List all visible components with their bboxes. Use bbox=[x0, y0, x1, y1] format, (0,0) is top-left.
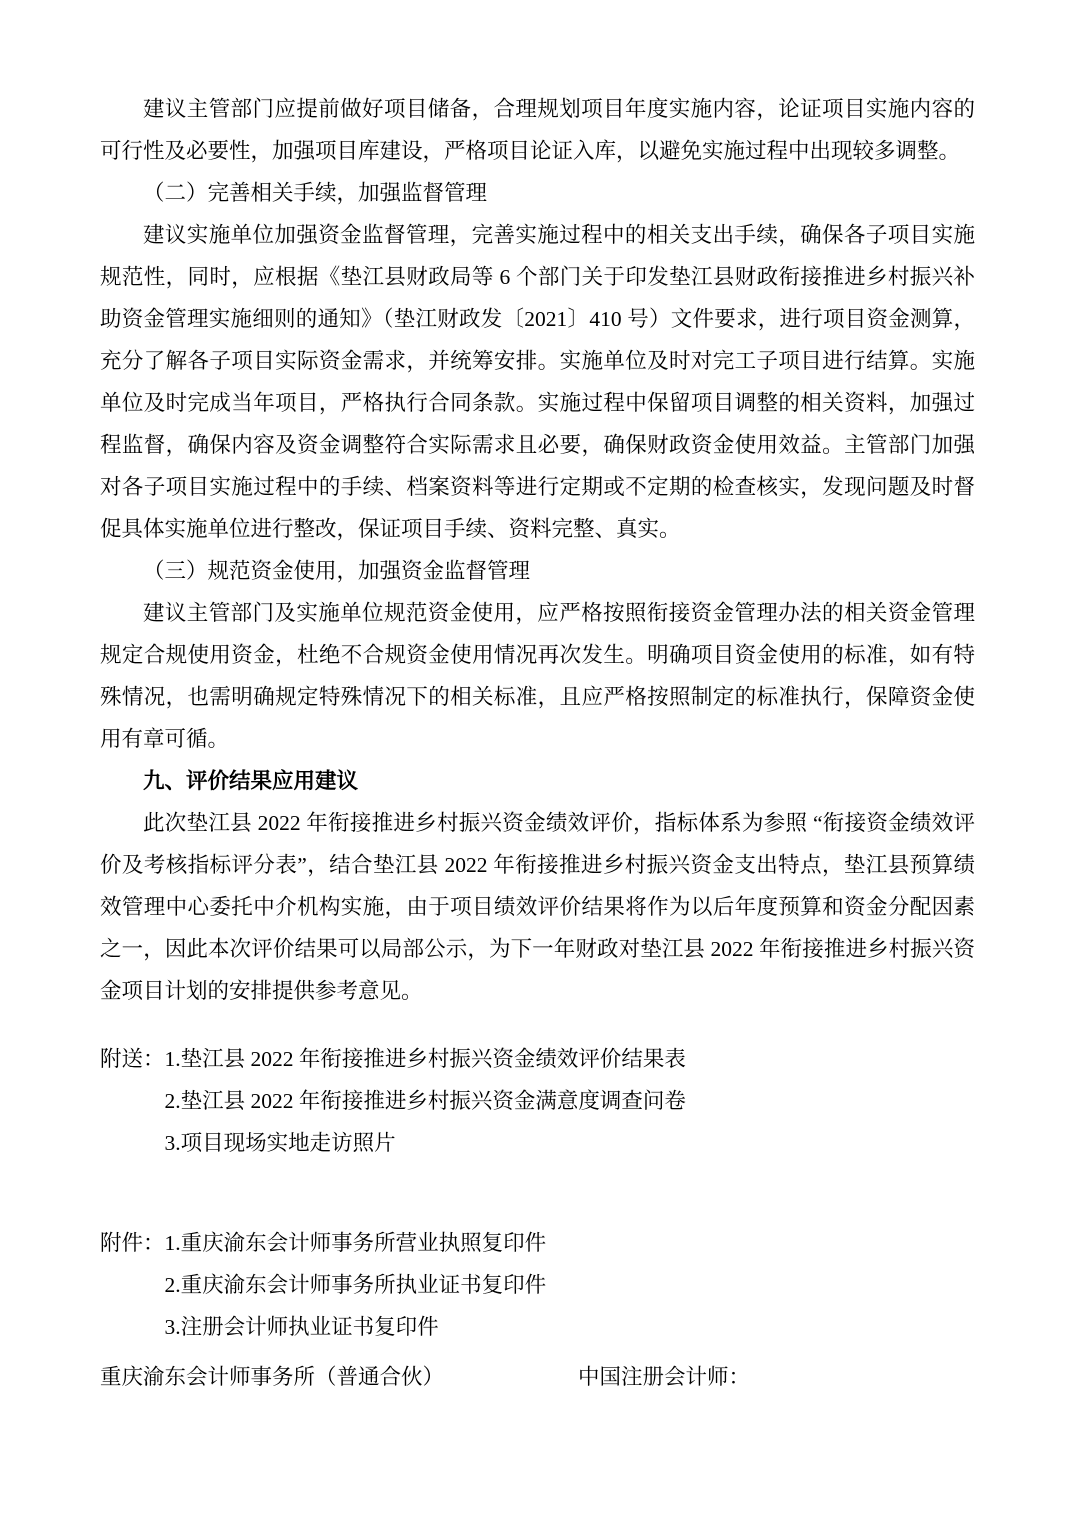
document-page: 建议主管部门应提前做好项目储备，合理规划项目年度实施内容，论证项目实施内容的可行… bbox=[0, 0, 1074, 1520]
attachments-delivered-item-3: 3.项目现场实地走访照片 bbox=[165, 1122, 976, 1164]
attachments-appendix-item-2: 2.重庆渝东会计师事务所执业证书复印件 bbox=[165, 1264, 976, 1306]
paragraph-section-3-fund-use-rules: 建议主管部门及实施单位规范资金使用，应严格按照衔接资金管理办法的相关资金管理规定… bbox=[100, 592, 975, 760]
accounting-firm-name: 重庆渝东会计师事务所（普通合伙） bbox=[100, 1365, 444, 1389]
paragraph-section-2-fund-supervision: 建议实施单位加强资金监督管理，完善实施过程中的相关支出手续，确保各子项目实施规范… bbox=[100, 214, 975, 550]
heading-section-3-standardize-fund-use: （三）规范资金使用，加强资金监督管理 bbox=[100, 550, 975, 592]
attachments-appendix-item-1: 附件：1.重庆渝东会计师事务所营业执照复印件 bbox=[100, 1222, 975, 1264]
attachments-delivered-item-2: 2.垫江县 2022 年衔接推进乡村振兴资金满意度调查问卷 bbox=[165, 1080, 976, 1122]
attachments-delivered-item-1: 附送：1.垫江县 2022 年衔接推进乡村振兴资金绩效评价结果表 bbox=[100, 1038, 975, 1080]
paragraph-project-reserve-suggestion: 建议主管部门应提前做好项目储备，合理规划项目年度实施内容，论证项目实施内容的可行… bbox=[100, 88, 975, 172]
cpa-signature-label: 中国注册会计师： bbox=[578, 1356, 750, 1398]
paragraph-section-9-evaluation-result-application: 此次垫江县 2022 年衔接推进乡村振兴资金绩效评价，指标体系为参照 “衔接资金… bbox=[100, 802, 975, 1012]
heading-section-2-improve-procedures: （二）完善相关手续，加强监督管理 bbox=[100, 172, 975, 214]
attachments-appendix-list: 附件：1.重庆渝东会计师事务所营业执照复印件 2.重庆渝东会计师事务所执业证书复… bbox=[100, 1222, 975, 1348]
attachments-delivered-list: 附送：1.垫江县 2022 年衔接推进乡村振兴资金绩效评价结果表 2.垫江县 2… bbox=[100, 1038, 975, 1164]
signature-line: 重庆渝东会计师事务所（普通合伙） 中国注册会计师： bbox=[100, 1356, 975, 1398]
attachments-appendix-item-3: 3.注册会计师执业证书复印件 bbox=[165, 1306, 976, 1348]
heading-section-9-evaluation-result-application: 九、评价结果应用建议 bbox=[100, 760, 975, 802]
